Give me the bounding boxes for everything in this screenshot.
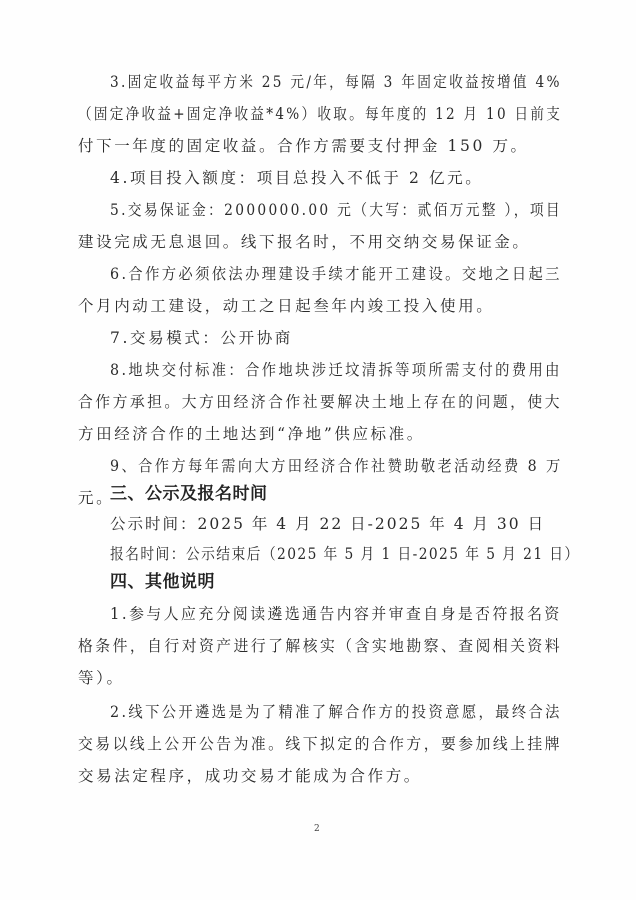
item-3-line-2: （固定净收益+固定净收益*4%）收取。每年度的 12 月 10 日前支 [78, 98, 502, 130]
item-6-line-1: 6.合作方必须依法办理建设手续才能开工建设。交地之日起三 [110, 258, 526, 290]
other-item-1-line-1: 1.参与人应充分阅读遴选通告内容并审查自身是否符报名资 [110, 598, 542, 630]
item-8-line-3: 方田经济合作的土地达到“净地”供应标准。 [78, 418, 562, 450]
document-page: 3.固定收益每平方米 25 元/年，每隔 3 年固定收益按增值 4% （固定净收… [0, 0, 636, 900]
other-item-2-line-3: 交易法定程序，成功交易才能成为合作方。 [78, 760, 562, 792]
other-item-1-line-2: 格条件，自行对资产进行了解核实（含实地勘察、查阅相关资料 [78, 630, 540, 662]
item-5-line-2: 建设完成无息退回。线下报名时，不用交纳交易保证金。 [78, 226, 562, 258]
item-3-line-1: 3.固定收益每平方米 25 元/年，每隔 3 年固定收益按增值 4% [110, 66, 508, 98]
section-3-heading: 三、公示及报名时间 [110, 478, 268, 510]
item-3-line-3: 付下一年度的固定收益。合作方需要支付押金 150 万。 [78, 130, 562, 162]
item-4-line-1: 4.项目投入额度：项目总投入不低于 2 亿元。 [110, 162, 562, 194]
other-item-1-line-3: 等）。 [78, 662, 562, 694]
item-8-line-1: 8.地块交付标准：合作地块涉迁坟清拆等项所需支付的费用由 [110, 354, 526, 386]
item-8-line-2: 合作方承担。大方田经济合作社要解决土地上存在的问题，使大 [78, 386, 540, 418]
item-6-line-2: 个月内动工建设，动工之日起叁年内竣工投入使用。 [78, 290, 562, 322]
item-5-line-1: 5.交易保证金：2000000.00 元（大写：贰佰万元整 ），项目 [110, 194, 511, 226]
item-7-line-1: 7.交易模式：公开协商 [110, 322, 562, 354]
other-item-2-line-2: 交易以线上公开公告为准。线下拟定的合作方，要参加线上挂牌 [78, 728, 540, 760]
section-4-heading: 四、其他说明 [110, 566, 215, 598]
other-item-2-line-1: 2.线下公开遴选是为了精准了解合作方的投资意愿，最终合法 [110, 696, 526, 728]
page-number: 2 [314, 824, 320, 834]
publicity-time: 公示时间：2025 年 4 月 22 日-2025 年 4 月 30 日 [110, 508, 545, 540]
